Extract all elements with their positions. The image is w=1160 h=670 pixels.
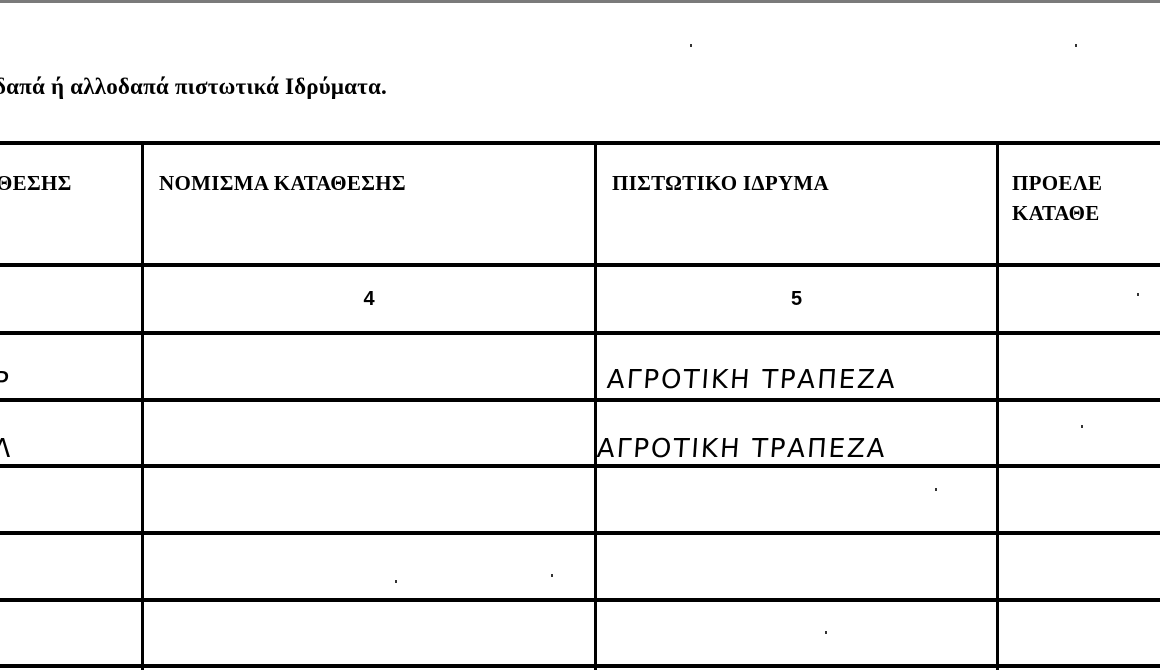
scan-speck bbox=[935, 488, 937, 491]
column-divider bbox=[141, 141, 144, 670]
scan-speck bbox=[1075, 44, 1077, 47]
header-deposit-partial: ΘΕΣΗΣ bbox=[0, 168, 141, 198]
column-number-5: 5 bbox=[597, 267, 996, 331]
table-cell-credit-institution: ΑΓΡΟΤΙΚΗ ΤΡΑΠΕΖΑ bbox=[606, 335, 998, 395]
header-deposit-origin-line2: ΚΑΤΑΘΕ bbox=[1012, 198, 1160, 228]
scan-speck bbox=[825, 631, 827, 634]
table-cell-credit-institution: ΑΓΡΟΤΙΚΗ ΤΡΑΠΕΖΑ bbox=[596, 402, 998, 464]
scan-speck bbox=[690, 44, 692, 47]
table-rule bbox=[0, 664, 1160, 668]
table-rule bbox=[0, 141, 1160, 145]
table-rule bbox=[0, 531, 1160, 535]
table-rule bbox=[0, 598, 1160, 602]
column-divider bbox=[594, 141, 597, 670]
deposits-table: ΘΕΣΗΣ ΝΟΜΙΣΜΑ ΚΑΤΑΘΕΣΗΣ ΠΙΣΤΩΤΙΚΟ ΙΔΡΥΜΑ… bbox=[0, 0, 1160, 670]
header-deposit-currency: ΝΟΜΙΣΜΑ ΚΑΤΑΘΕΣΗΣ bbox=[159, 168, 589, 198]
header-credit-institution: ΠΙΣΤΩΤΙΚΟ ΙΔΡΥΜΑ bbox=[612, 168, 992, 198]
scan-speck bbox=[551, 574, 553, 577]
scan-speck bbox=[395, 580, 397, 583]
table-rule bbox=[0, 464, 1160, 468]
scan-speck bbox=[1081, 425, 1083, 428]
scan-speck bbox=[1137, 293, 1139, 296]
table-cell-handwritten: Λ bbox=[0, 402, 136, 464]
column-number-4: 4 bbox=[144, 267, 594, 331]
table-cell-handwritten: Ρ bbox=[0, 335, 136, 397]
header-deposit-origin-line1: ΠΡΟΕΛΕ bbox=[1012, 168, 1160, 198]
